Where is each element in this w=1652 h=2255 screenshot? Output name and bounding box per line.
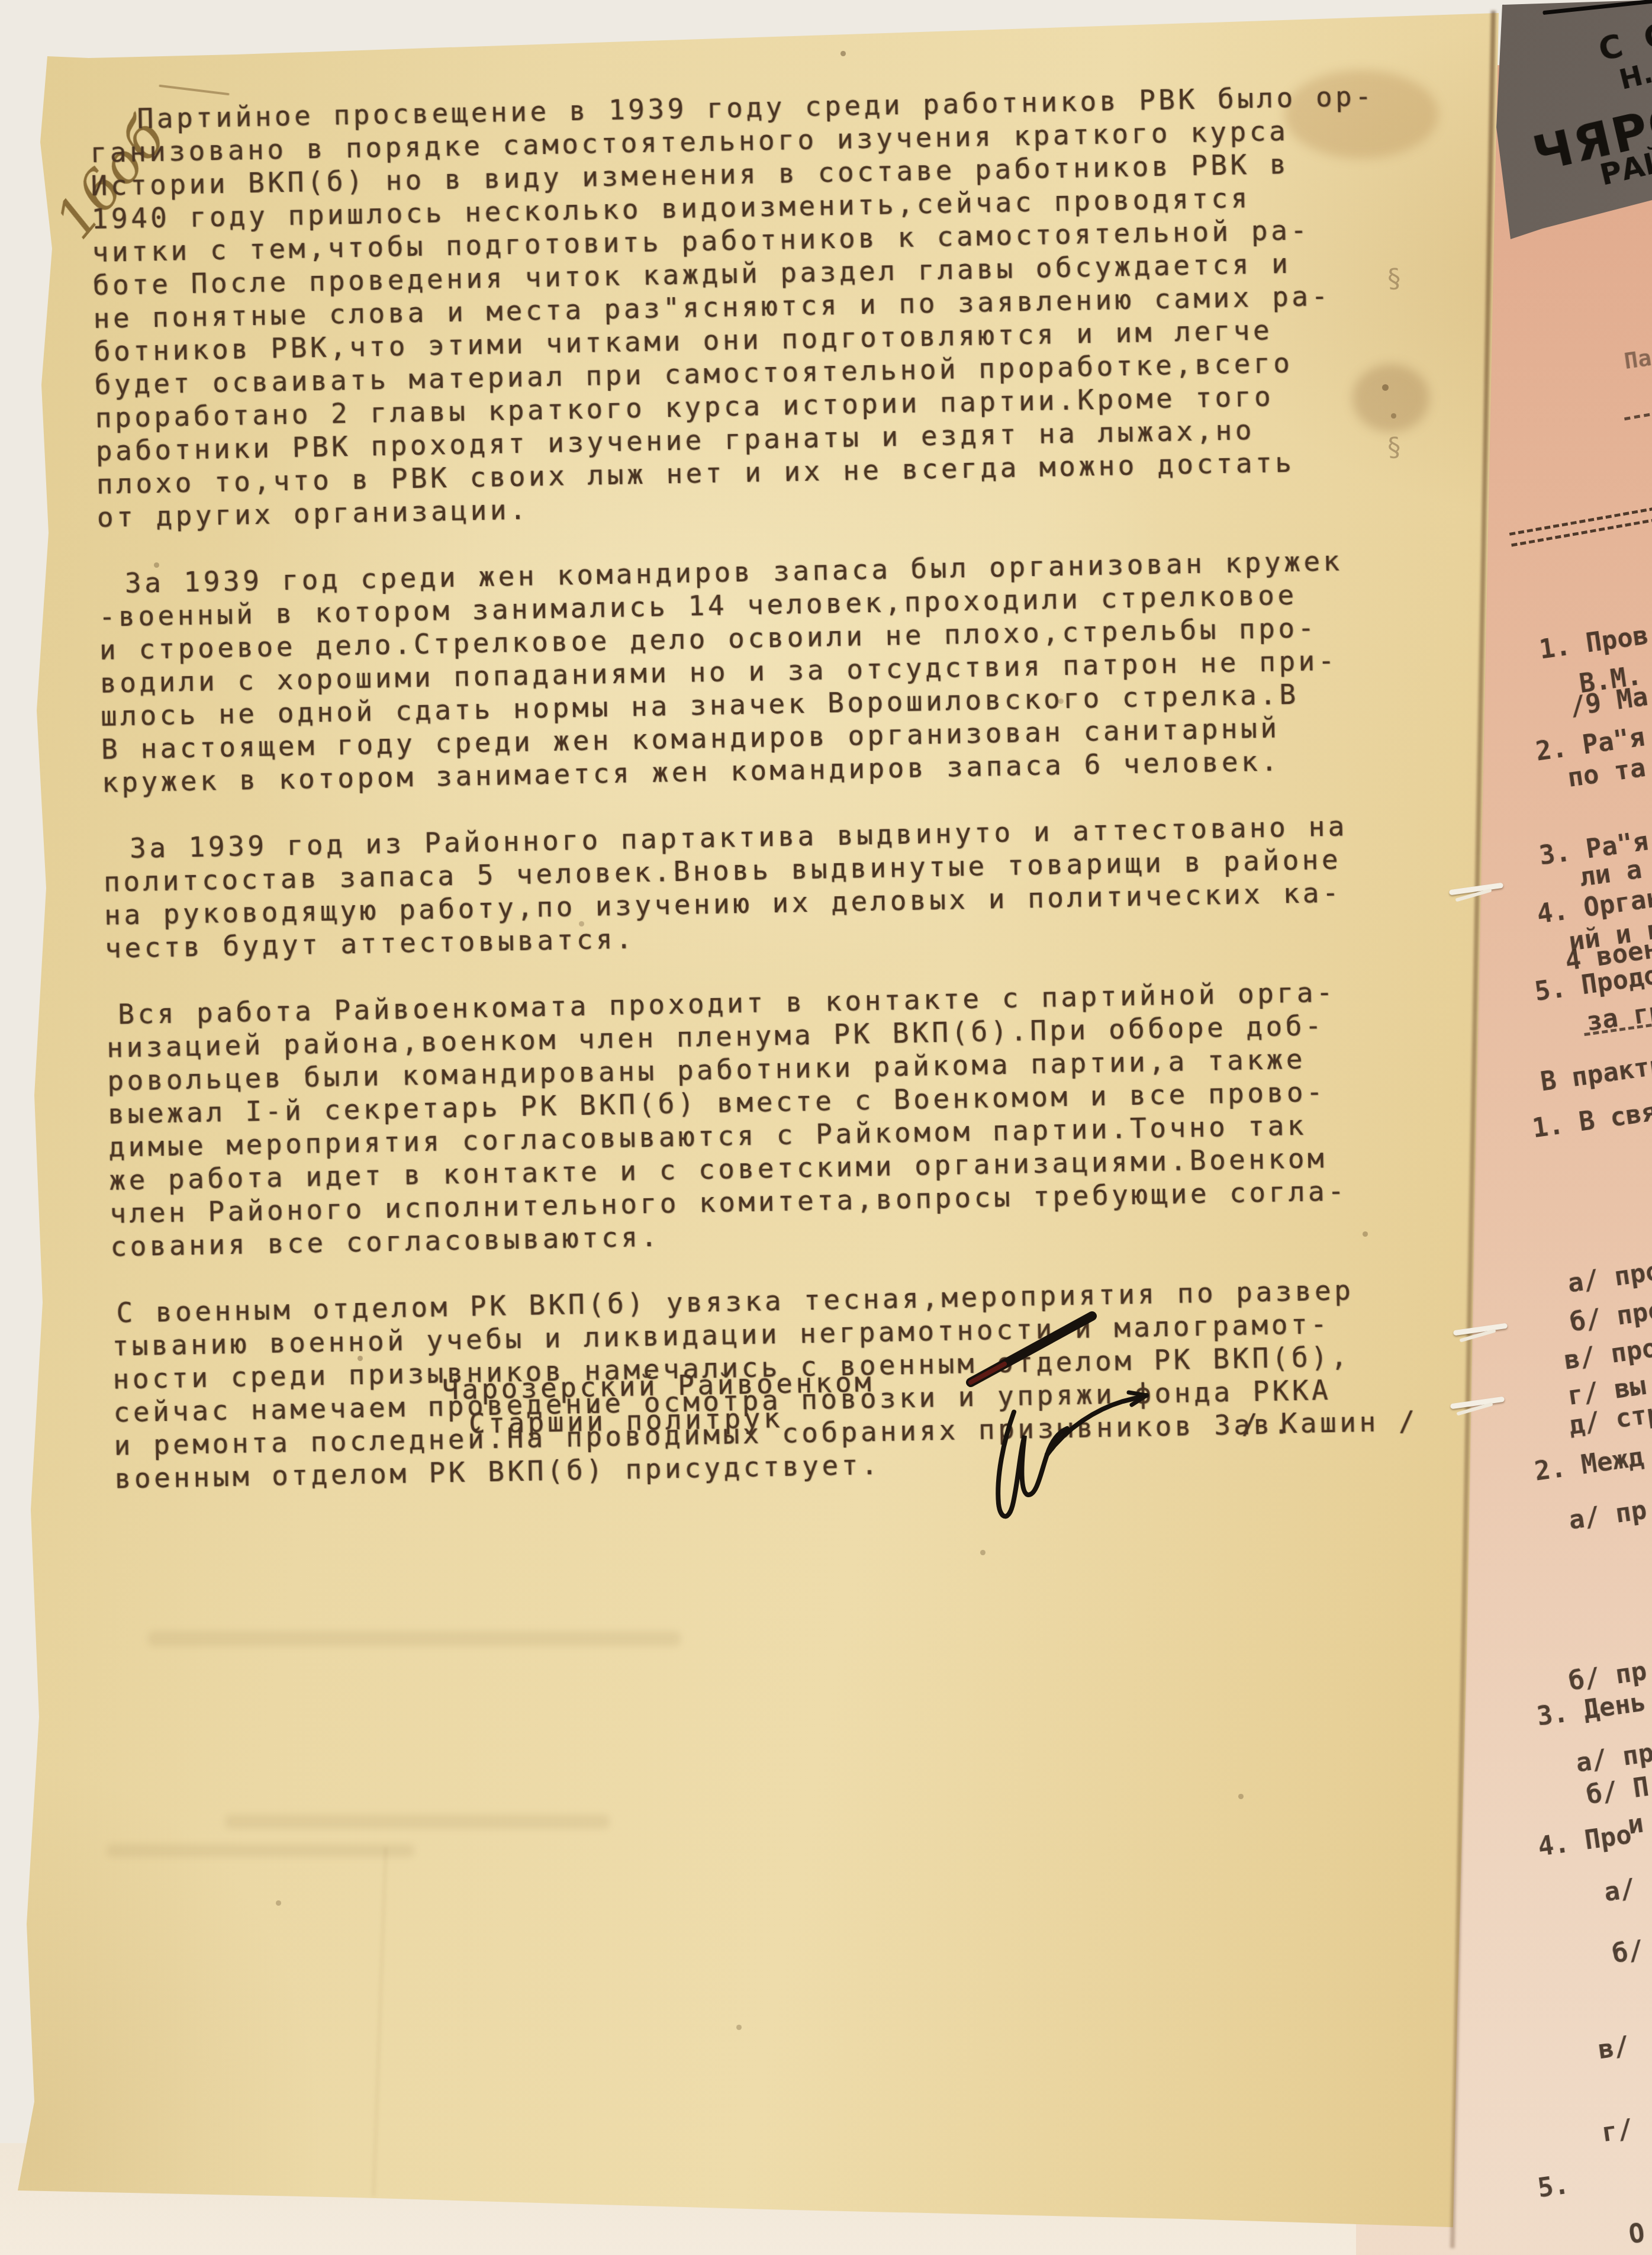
signature-rank-line: Старший политрук — [468, 1401, 783, 1440]
ghost-paragraph-mark: § — [1386, 432, 1402, 463]
side-page-text-fragment: б/ про — [1568, 1295, 1652, 1338]
paper-crease — [373, 1847, 387, 2196]
handwritten-signature — [914, 1294, 1210, 1548]
document-page: 16об Партийное просвещение в 1939 году с… — [0, 0, 1652, 2255]
signature-name: / Кашин / — [1241, 1404, 1419, 1440]
side-page-text-fragment: 2. Межд — [1532, 1442, 1645, 1487]
binding-thread-stitch — [1449, 883, 1503, 902]
side-page-text-fragment: б/ П — [1585, 1772, 1651, 1810]
side-page-text-fragment: а/ пр — [1567, 1495, 1648, 1536]
ghost-paragraph-mark: § — [1386, 263, 1402, 294]
side-page-text-fragment: 3. День — [1535, 1687, 1648, 1732]
typed-paragraph: Партийное просвещение в 1939 году среди … — [89, 78, 1494, 534]
binding-thread-stitch — [1453, 1324, 1508, 1343]
typed-text-block: Партийное просвещение в 1939 году среди … — [89, 44, 1515, 1668]
side-page-text-fragment: Па — [1622, 345, 1652, 374]
side-page-text-fragment: а/ про — [1566, 1256, 1652, 1299]
side-page-text-fragment: 4. Про — [1536, 1819, 1634, 1862]
side-page-text-fragment: 1. В связ — [1531, 1095, 1652, 1144]
typed-paragraph: За 1939 год из Районного партактива выдв… — [103, 807, 1502, 965]
typed-paragraph: За 1939 год среди жен командиров запаса … — [98, 542, 1499, 799]
side-page-text-fragment: В практи — [1538, 1050, 1652, 1098]
ink-bleed-mark — [225, 1815, 610, 1829]
side-page-text-fragment: а/ — [1602, 1874, 1638, 1908]
side-page-text-fragment: б/ — [1611, 1935, 1646, 1970]
typed-paragraph: Вся работа Райвоенкомата проходит в конт… — [106, 972, 1508, 1263]
side-page-text-fragment: О — [1627, 2218, 1647, 2250]
side-page-text-fragment: 1. Пров — [1537, 620, 1650, 665]
side-page-text-fragment: г/ — [1600, 2114, 1635, 2148]
ink-bleed-mark — [107, 1844, 414, 1857]
binding-thread-stitch — [1450, 1397, 1505, 1416]
side-page-text-fragment: в/ про — [1562, 1333, 1652, 1376]
side-page-text-fragment: в/ — [1596, 2031, 1632, 2066]
side-page-text-fragment: за гра — [1585, 994, 1652, 1037]
scanned-document-photo: С С Н. ЧЯРОЗ РАЙВ Па1. ПровВ.М./9 Ма2. Р… — [0, 0, 1652, 2255]
side-page-text-fragment: 5. — [1536, 2170, 1572, 2204]
